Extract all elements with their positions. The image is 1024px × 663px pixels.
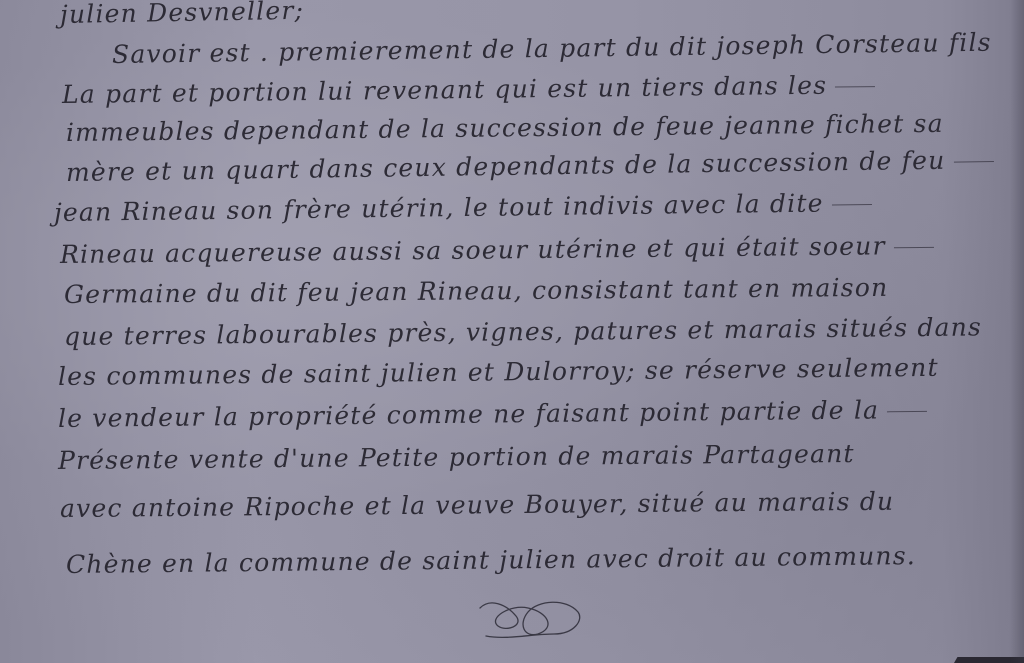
- line-text: Savoir est . premierement de la part du …: [112, 28, 992, 69]
- line-text: Rineau acquereuse aussi sa soeur utérine…: [60, 231, 886, 269]
- line-text: jean Rineau son frère utérin, le tout in…: [54, 189, 824, 227]
- manuscript-line-8: Germaine du dit feu jean Rineau, consist…: [64, 273, 889, 309]
- manuscript-line-14: Chène en la commune de saint julien avec…: [66, 541, 916, 579]
- page-edge-shadow: [954, 657, 1024, 663]
- manuscript-line-13: avec antoine Ripoche et la veuve Bouyer,…: [60, 487, 895, 523]
- line-text: julien Desvneller;: [60, 0, 305, 29]
- manuscript-page: julien Desvneller; Savoir est . premiere…: [0, 0, 1024, 663]
- manuscript-line-2: Savoir est . premierement de la part du …: [112, 28, 992, 69]
- line-text: avec antoine Ripoche et la veuve Bouyer,…: [60, 487, 895, 523]
- manuscript-line-5: mère et un quart dans ceux dependants de…: [66, 145, 994, 187]
- line-text: le vendeur la propriété comme ne faisant…: [58, 395, 879, 433]
- manuscript-line-6: jean Rineau son frère utérin, le tout in…: [54, 188, 872, 227]
- line-text: Présente vente d'une Petite portion de m…: [58, 439, 855, 475]
- line-text: immeubles dependant de la succession de …: [66, 109, 944, 147]
- line-filler-dash: [953, 161, 993, 163]
- signature-flourish-icon: [476, 590, 586, 645]
- manuscript-line-3: La part et portion lui revenant qui est …: [62, 70, 876, 109]
- manuscript-line-1: julien Desvneller;: [60, 0, 305, 29]
- manuscript-line-7: Rineau acquereuse aussi sa soeur utérine…: [60, 231, 934, 269]
- line-text: mère et un quart dans ceux dependants de…: [66, 146, 946, 187]
- line-text: les communes de saint julien et Dulorroy…: [58, 353, 939, 391]
- line-filler-dash: [832, 204, 872, 206]
- manuscript-line-10: les communes de saint julien et Dulorroy…: [58, 353, 939, 391]
- line-filler-dash: [835, 86, 875, 88]
- line-text: La part et portion lui revenant qui est …: [62, 71, 828, 109]
- line-text: Chène en la commune de saint julien avec…: [66, 541, 916, 579]
- manuscript-line-9: que terres labourables près, vignes, pat…: [64, 312, 982, 351]
- manuscript-line-11: le vendeur la propriété comme ne faisant…: [58, 395, 927, 433]
- manuscript-line-4: immeubles dependant de la succession de …: [66, 109, 944, 147]
- line-text: que terres labourables près, vignes, pat…: [64, 312, 982, 351]
- line-filler-dash: [887, 411, 927, 413]
- manuscript-line-12: Présente vente d'une Petite portion de m…: [58, 439, 855, 475]
- line-filler-dash: [894, 247, 934, 249]
- line-text: Germaine du dit feu jean Rineau, consist…: [64, 273, 889, 309]
